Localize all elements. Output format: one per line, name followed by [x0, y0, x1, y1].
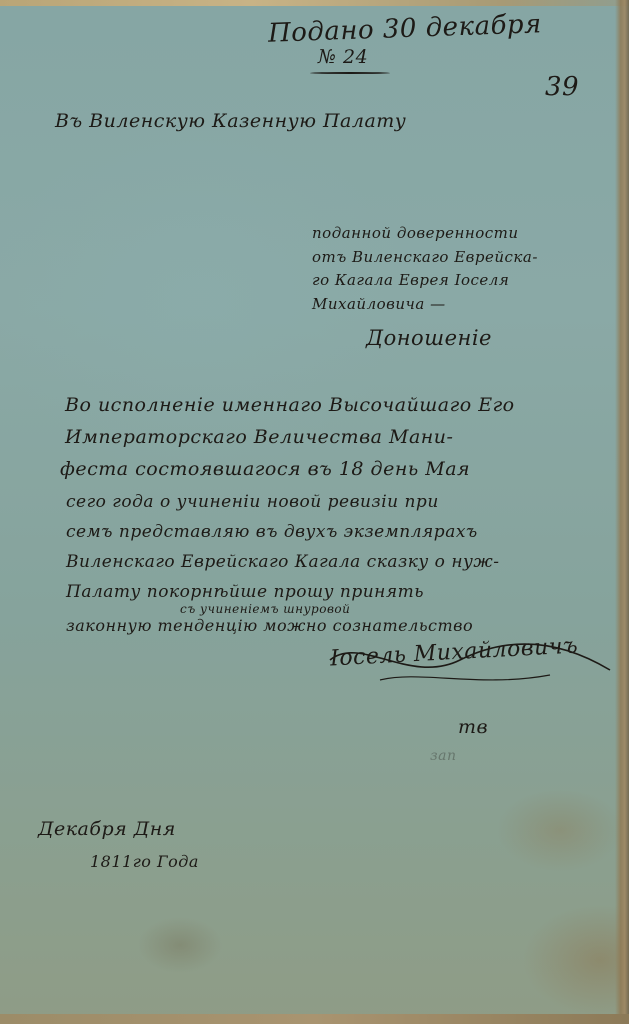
document-page: Подано 30 декабря № 24 39 Въ Виленскую К… — [0, 0, 629, 1024]
paper-bottom-edge — [0, 1014, 629, 1024]
sender-line-1: поданной доверенности — [312, 224, 519, 242]
sender-line-4: Михайловича — — [312, 295, 446, 313]
body-line-4: сего года о учиненіи новой ревизіи при — [66, 492, 439, 512]
signature-flourish — [320, 630, 620, 690]
body-line-1: Во исполненіе именнаго Высочайшаго Его — [65, 394, 515, 416]
sender-line-3: го Кагала Еврея Іоселя — [312, 271, 509, 289]
paper-right-edge — [615, 0, 629, 1024]
document-title: Доношеніе — [366, 326, 492, 350]
folio-number: 39 — [545, 72, 579, 102]
annotation-mark: тв — [458, 716, 488, 738]
date-line-2: 1811го Года — [90, 852, 199, 871]
date-line-1: Декабря Дня — [38, 818, 176, 840]
sender-line-2: отъ Виленскаго Еврейска- — [312, 248, 538, 266]
pencil-note: зап — [430, 748, 457, 764]
paper-top-edge — [0, 0, 629, 6]
addressee: Въ Виленскую Казенную Палату — [55, 110, 406, 132]
body-line-2: Императорскаго Величества Мани- — [65, 426, 453, 448]
body-line-6: Виленскаго Еврейскаго Кагала сказку о ну… — [66, 552, 499, 572]
number-underline — [310, 72, 390, 74]
body-line-8-interlinear: съ учиненіемъ шнуровой — [180, 602, 350, 616]
document-number: № 24 — [318, 46, 368, 68]
filing-note: Подано 30 декабря — [268, 9, 543, 49]
body-line-7: Палату покорнѣйше прошу принять — [66, 582, 424, 602]
body-line-3: феста состоявшагося въ 18 день Мая — [60, 458, 470, 480]
body-line-5: семъ представляю въ двухъ экземплярахъ — [66, 522, 478, 542]
